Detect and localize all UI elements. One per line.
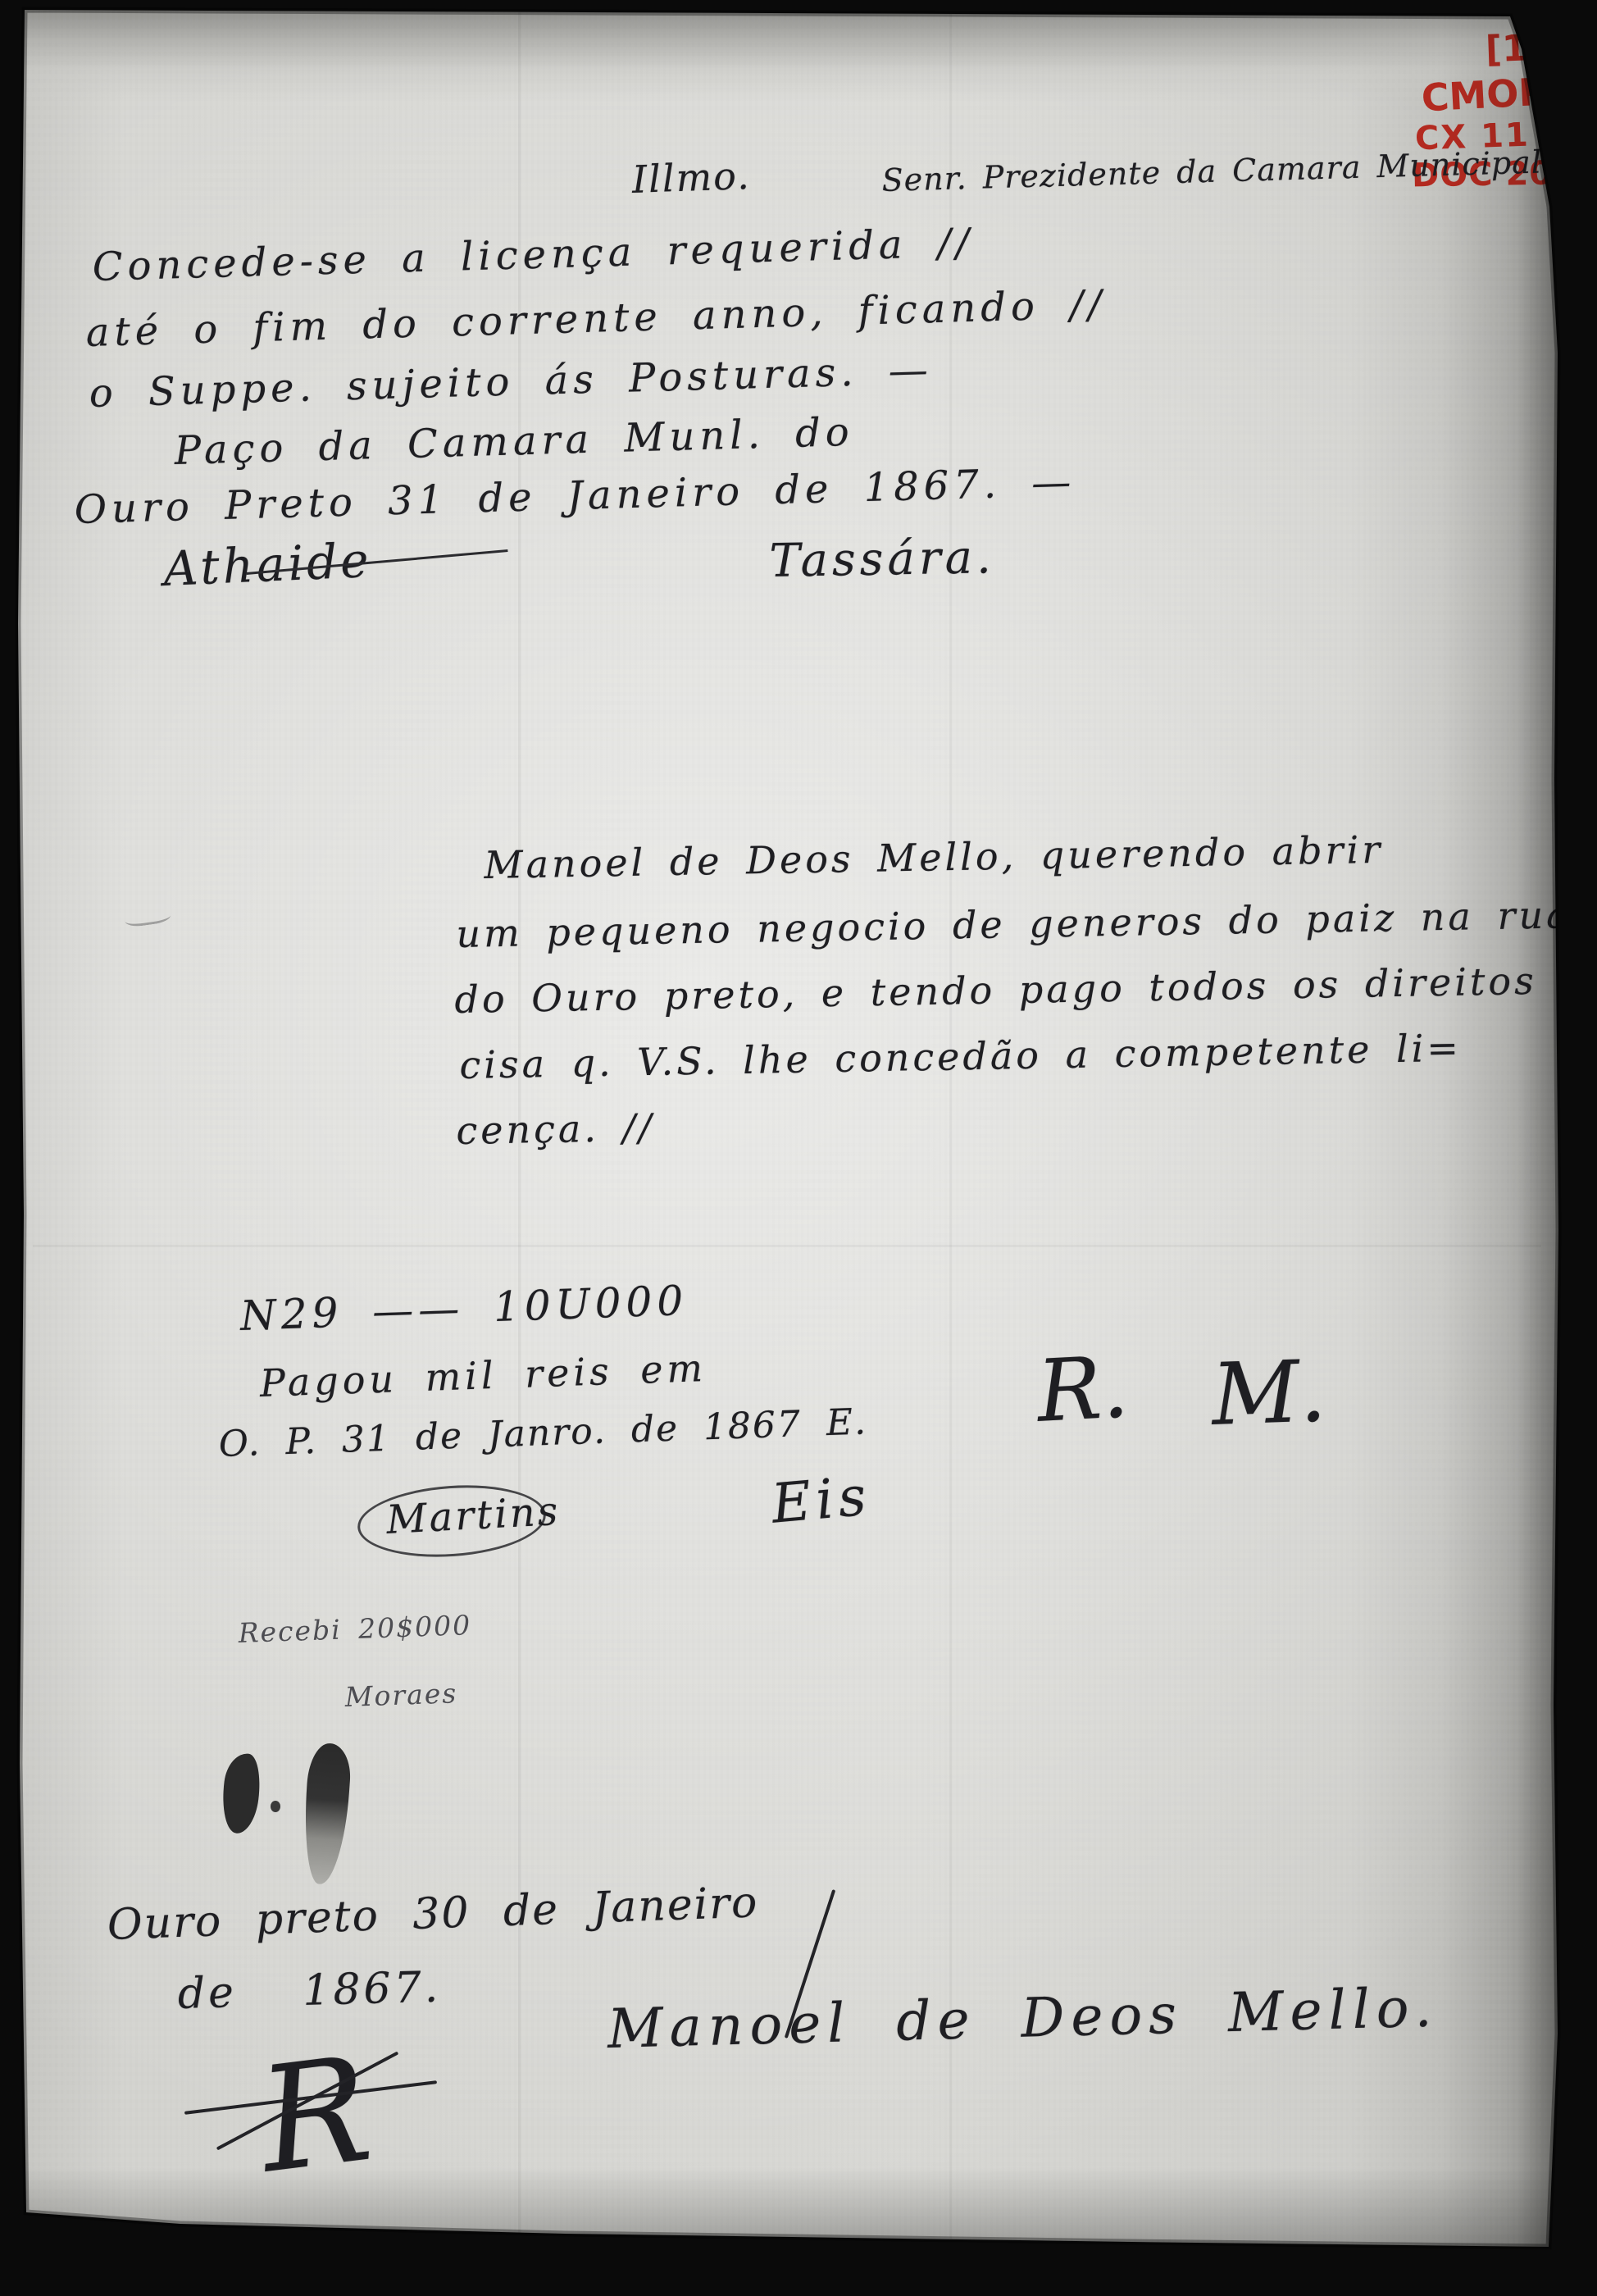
archive-page-mark: [1] bbox=[1485, 27, 1545, 71]
fold-line-vertical bbox=[949, 8, 952, 2239]
signature-flourish: Eis bbox=[769, 1464, 873, 1535]
erm-initial-m: M. bbox=[1210, 1341, 1328, 1445]
signature-moraes: Moraes bbox=[344, 1677, 458, 1713]
fonds-label: CMOP bbox=[1420, 70, 1547, 121]
closing-date-line: de 1867. bbox=[177, 1963, 442, 2019]
signature-martins: Martins bbox=[385, 1488, 562, 1543]
rubric-r: R bbox=[251, 2025, 380, 2206]
fonds-sub-number: 4 bbox=[1546, 94, 1563, 122]
erm-initial-r: R. bbox=[1035, 1337, 1131, 1442]
document-scan: [1] CMOP4 CX 11 DOC 20 Illmo. Senr. Prez… bbox=[0, 0, 1597, 2296]
fold-line-horizontal bbox=[33, 1245, 1541, 1247]
ink-blot bbox=[271, 1801, 280, 1812]
header-salutation: Illmo. bbox=[631, 153, 752, 202]
petition-line: cença. // bbox=[456, 1105, 655, 1153]
signature-tassara: Tassára. bbox=[769, 531, 995, 588]
